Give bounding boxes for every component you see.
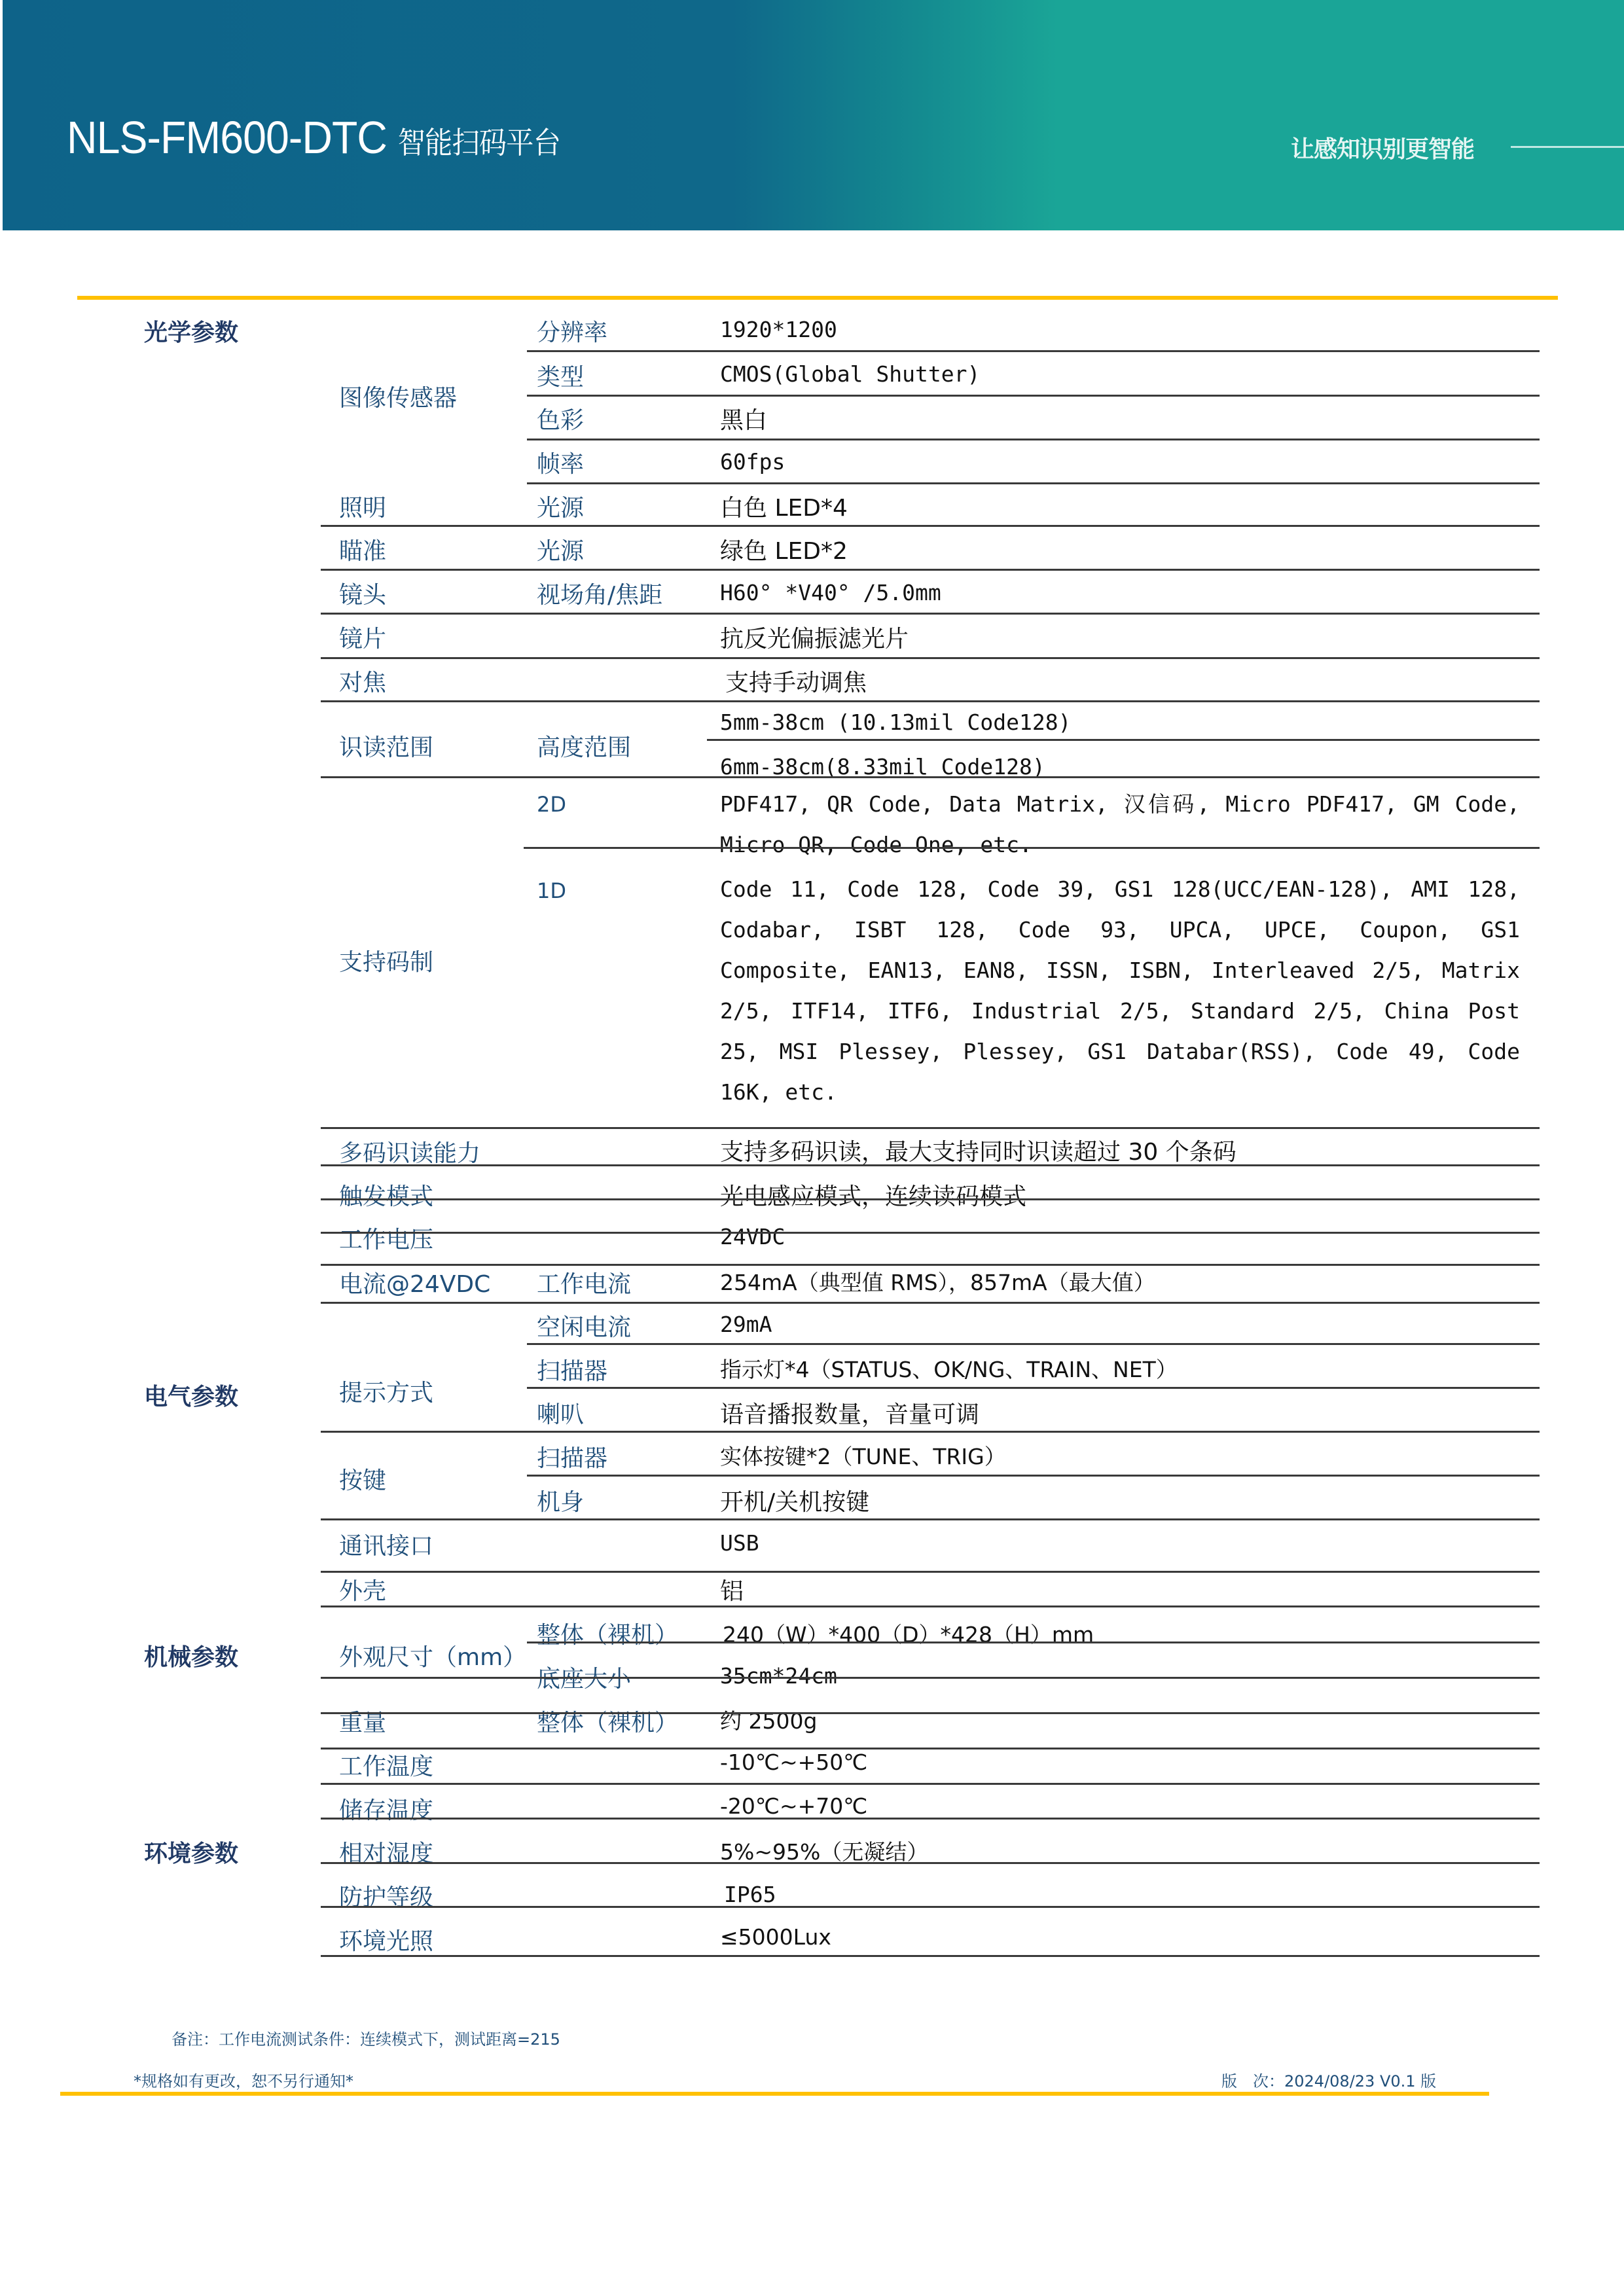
label-housing: 外壳 bbox=[339, 1573, 386, 1606]
footnote-remark: 备注：工作电流测试条件：连续模式下，测试距离=215 bbox=[171, 2026, 560, 2049]
row-divider bbox=[527, 1475, 1540, 1477]
row-divider bbox=[321, 1127, 1540, 1129]
label-aiming: 瞄准 bbox=[339, 533, 386, 566]
label-storage-temp: 储存温度 bbox=[339, 1792, 433, 1825]
label-symbologies: 支持码制 bbox=[339, 944, 433, 977]
category-optical: 光学参数 bbox=[144, 314, 238, 348]
label-ambient-light: 环境光照 bbox=[339, 1923, 433, 1956]
product-subtitle: 智能扫码平台 bbox=[398, 126, 560, 160]
value-housing: 铝 bbox=[720, 1573, 744, 1606]
slogan-divider bbox=[1511, 146, 1624, 148]
row-divider bbox=[321, 1264, 1540, 1266]
row-divider bbox=[707, 739, 1540, 741]
row-divider bbox=[321, 1571, 1540, 1573]
label-buttons: 按键 bbox=[339, 1462, 386, 1496]
value-trigger-mode: 光电感应模式，连续读码模式 bbox=[720, 1178, 1026, 1211]
row-divider bbox=[321, 1164, 1540, 1166]
top-accent-rule bbox=[77, 296, 1558, 300]
value-lens: H60° *V40° /5.0mm bbox=[720, 580, 941, 605]
label-multi-code: 多码识读能力 bbox=[339, 1135, 480, 1168]
value-speaker: 语音播报数量，音量可调 bbox=[720, 1396, 979, 1429]
row-divider bbox=[321, 1302, 1540, 1304]
label-current: 电流@24VDC bbox=[339, 1266, 490, 1299]
row-divider bbox=[527, 482, 1540, 484]
row-divider bbox=[527, 1387, 1540, 1389]
value-illumination: 白色 LED*4 bbox=[720, 490, 848, 523]
label-indication: 提示方式 bbox=[339, 1374, 433, 1408]
row-divider bbox=[527, 395, 1540, 397]
sublabel-weight-overall: 整体（裸机） bbox=[537, 1704, 678, 1738]
product-title: NLS-FM600-DTC智能扫码平台 bbox=[67, 111, 560, 164]
category-electrical: 电气参数 bbox=[144, 1378, 238, 1412]
label-filter: 镜片 bbox=[339, 620, 386, 654]
row-divider bbox=[321, 1198, 1540, 1200]
label-dimensions: 外观尺寸（mm） bbox=[339, 1639, 526, 1672]
value-frame-rate: 60fps bbox=[720, 449, 785, 475]
model-name: NLS-FM600-DTC bbox=[67, 112, 387, 163]
label-illumination: 照明 bbox=[339, 490, 386, 523]
sublabel-2d: 2D bbox=[537, 792, 566, 817]
row-divider bbox=[321, 776, 1540, 778]
value-base-size: 35cm*24cm bbox=[720, 1663, 837, 1689]
row-divider bbox=[321, 1783, 1540, 1785]
value-sensor-type: CMOS(Global Shutter) bbox=[720, 361, 980, 387]
row-divider bbox=[321, 1712, 1540, 1714]
row-divider bbox=[321, 569, 1540, 571]
sublabel-resolution: 分辨率 bbox=[537, 314, 607, 348]
value-1d-symbologies: Code 11, Code 128, Code 39, GS1 128(UCC/… bbox=[720, 869, 1520, 1113]
value-resolution: 1920*1200 bbox=[720, 317, 837, 342]
row-divider bbox=[527, 1641, 1540, 1643]
value-protection: IP65 bbox=[724, 1882, 776, 1907]
value-indicator-lights: 指示灯*4（STATUS、OK/NG、TRAIN、NET） bbox=[720, 1353, 1178, 1384]
disclaimer: *规格如有更改，恕不另行通知* bbox=[134, 2068, 353, 2091]
value-working-current: 254mA（典型值 RMS），857mA（最大值） bbox=[720, 1266, 1155, 1297]
version-info: 版 次：2024/08/23 V0.1 版 bbox=[1221, 2068, 1436, 2091]
category-environmental: 环境参数 bbox=[144, 1835, 238, 1869]
row-divider bbox=[321, 1748, 1540, 1749]
row-divider bbox=[524, 847, 1540, 849]
label-voltage: 工作电压 bbox=[339, 1221, 433, 1255]
sublabel-illumination-source: 光源 bbox=[537, 490, 584, 523]
slogan: 让感知识别更智能 bbox=[1291, 131, 1474, 164]
value-read-range-10mil: 5mm-38cm (10.13mil Code128) bbox=[720, 709, 1071, 735]
sublabel-overall: 整体（裸机） bbox=[537, 1617, 678, 1650]
row-divider bbox=[321, 1605, 1540, 1607]
row-divider bbox=[527, 439, 1540, 440]
row-divider bbox=[321, 1818, 1540, 1820]
row-divider bbox=[321, 1862, 1540, 1864]
label-weight: 重量 bbox=[339, 1704, 386, 1738]
value-humidity: 5%~95%（无凝结） bbox=[720, 1835, 928, 1866]
sublabel-indication-scanner: 扫描器 bbox=[537, 1353, 607, 1386]
value-voltage: 24VDC bbox=[720, 1224, 785, 1249]
value-aiming: 绿色 LED*2 bbox=[720, 533, 848, 566]
label-read-range: 识读范围 bbox=[339, 729, 433, 762]
value-operating-temp: -10℃~+50℃ bbox=[720, 1749, 867, 1775]
row-divider bbox=[321, 657, 1540, 659]
row-divider bbox=[321, 1955, 1540, 1957]
value-2d-symbologies: PDF417, QR Code, Data Matrix, 汉信码, Micro… bbox=[720, 784, 1520, 865]
row-divider bbox=[321, 525, 1540, 527]
sublabel-aiming-source: 光源 bbox=[537, 533, 584, 566]
label-lens: 镜头 bbox=[339, 577, 386, 610]
label-operating-temp: 工作温度 bbox=[339, 1748, 433, 1782]
sublabel-body: 机身 bbox=[537, 1484, 584, 1517]
label-trigger-mode: 触发模式 bbox=[339, 1178, 433, 1211]
value-storage-temp: -20℃~+70℃ bbox=[720, 1793, 867, 1819]
value-interface: USB bbox=[720, 1530, 759, 1556]
value-idle-current: 29mA bbox=[720, 1312, 772, 1337]
value-ambient-light: ≤5000Lux bbox=[720, 1924, 831, 1950]
sublabel-fov-focal: 视场角/焦距 bbox=[537, 577, 662, 610]
sublabel-buttons-scanner: 扫描器 bbox=[537, 1440, 607, 1473]
row-divider bbox=[527, 1343, 1540, 1345]
row-divider bbox=[321, 1518, 1540, 1520]
label-image-sensor: 图像传感器 bbox=[339, 380, 457, 413]
value-power-button: 开机/关机按键 bbox=[720, 1484, 869, 1517]
row-divider bbox=[321, 1677, 1540, 1679]
value-weight: 约 2500g bbox=[720, 1704, 817, 1735]
value-overall-dimensions: 240（W）*400（D）*428（H）mm bbox=[723, 1618, 1094, 1649]
sublabel-speaker: 喇叭 bbox=[537, 1396, 584, 1429]
sublabel-height-range: 高度范围 bbox=[537, 729, 631, 762]
row-divider bbox=[527, 350, 1540, 352]
row-divider bbox=[321, 700, 1540, 702]
value-multi-code: 支持多码识读，最大支持同时识读超过 30 个条码 bbox=[720, 1134, 1236, 1167]
sublabel-sensor-type: 类型 bbox=[537, 359, 584, 392]
category-mechanical: 机械参数 bbox=[144, 1639, 238, 1672]
sublabel-working-current: 工作电流 bbox=[537, 1266, 631, 1299]
row-divider bbox=[321, 613, 1540, 615]
value-physical-buttons: 实体按键*2（TUNE、TRIG） bbox=[720, 1440, 1006, 1471]
row-divider bbox=[321, 1431, 1540, 1433]
value-color: 黑白 bbox=[720, 402, 767, 435]
value-filter: 抗反光偏振滤光片 bbox=[720, 620, 909, 654]
value-focus: 支持手动调焦 bbox=[725, 664, 867, 698]
header-banner: NLS-FM600-DTC智能扫码平台 让感知识别更智能 bbox=[3, 0, 1624, 230]
sublabel-1d: 1D bbox=[537, 878, 566, 903]
label-focus: 对焦 bbox=[339, 664, 386, 698]
bottom-accent-rule bbox=[60, 2092, 1489, 2096]
sublabel-color: 色彩 bbox=[537, 402, 584, 435]
sublabel-frame-rate: 帧率 bbox=[537, 446, 584, 479]
label-interface: 通讯接口 bbox=[339, 1528, 433, 1561]
row-divider bbox=[321, 1232, 1540, 1234]
row-divider bbox=[321, 1906, 1540, 1908]
sublabel-idle-current: 空闲电流 bbox=[537, 1309, 631, 1342]
